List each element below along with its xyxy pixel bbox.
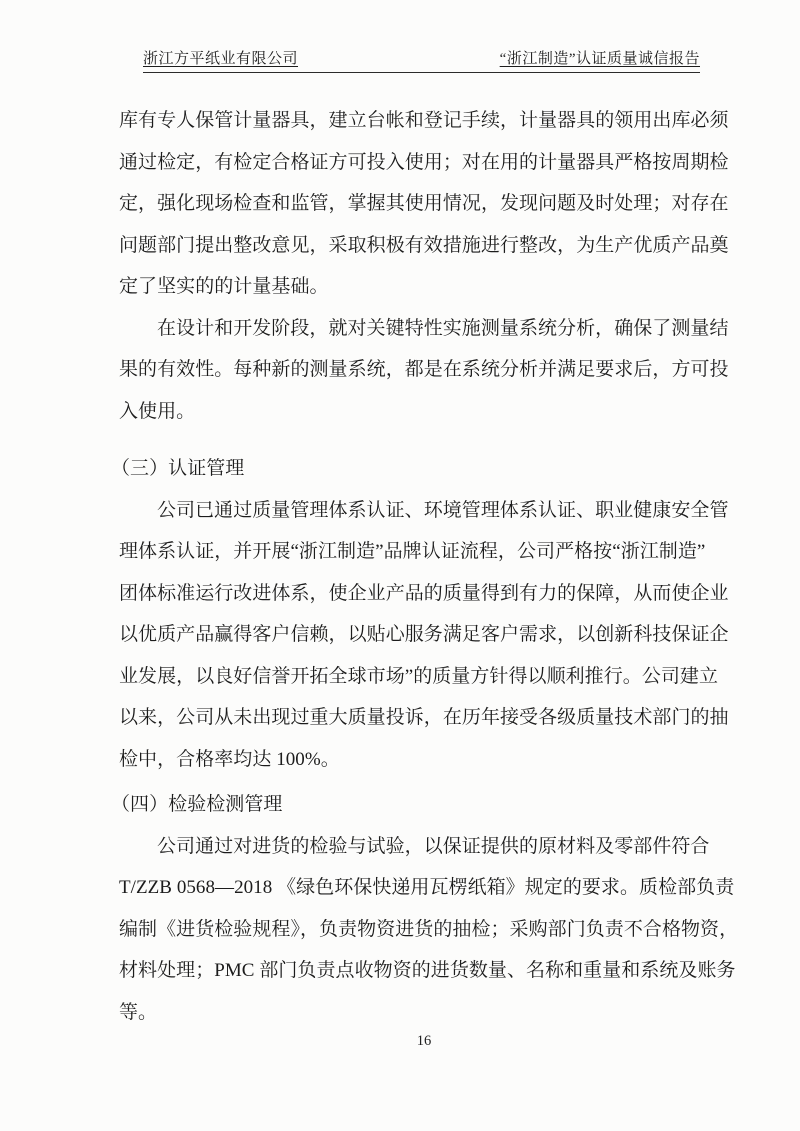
page-header: 浙江方平纸业有限公司 “浙江制造”认证质量诚信报告	[143, 50, 700, 73]
text-line: 通过检定，有检定合格证方可投入使用；对在用的计量器具严格按周期检	[119, 142, 729, 184]
text-line: 检中，合格率均达 100%。	[119, 739, 729, 781]
page-body: 库有专人保管计量器具，建立台帐和登记手续，计量器具的领用出库必须 通过检定，有检…	[119, 100, 729, 1033]
text-line: 公司通过对进货的检验与试验，以保证提供的原材料及零部件符合	[119, 826, 729, 868]
text-line: 公司已通过质量管理体系认证、环境管理体系认证、职业健康安全管	[119, 490, 729, 532]
text-line: 编制《进货检验规程》，负责物资进货的抽检；采购部门负责不合格物资，	[119, 909, 729, 951]
header-report-title: “浙江制造”认证质量诚信报告	[500, 50, 700, 69]
paragraph-certification-management: 公司已通过质量管理体系认证、环境管理体系认证、职业健康安全管 理体系认证，并开展…	[119, 490, 729, 781]
paragraph-inspection-testing: 公司通过对进货的检验与试验，以保证提供的原材料及零部件符合 T/ZZB 0568…	[119, 826, 729, 1034]
text-line: 团体标准运行改进体系，使企业产品的质量得到有力的保障，从而使企业	[119, 573, 729, 615]
text-line: 在设计和开发阶段，就对关键特性实施测量系统分析，确保了测量结	[119, 308, 729, 350]
text-line: 等。	[119, 992, 729, 1034]
section-heading-certification-management: （三）认证管理	[111, 448, 729, 490]
text-line: 以来，公司从未出现过重大质量投诉，在历年接受各级质量技术部门的抽	[119, 697, 729, 739]
text-line: 入使用。	[119, 391, 729, 433]
paragraph-measurement-management: 库有专人保管计量器具，建立台帐和登记手续，计量器具的领用出库必须 通过检定，有检…	[119, 100, 729, 308]
text-line: 果的有效性。每种新的测量系统，都是在系统分析并满足要求后，方可投	[119, 349, 729, 391]
header-company-name: 浙江方平纸业有限公司	[143, 50, 298, 69]
text-line: 定了坚实的的计量基础。	[119, 266, 729, 308]
text-line: 定，强化现场检查和监管，掌握其使用情况，发现问题及时处理；对存在	[119, 183, 729, 225]
text-line: 理体系认证，并开展“浙江制造”品牌认证流程，公司严格按“浙江制造”	[119, 531, 729, 573]
text-line: T/ZZB 0568—2018 《绿色环保快递用瓦楞纸箱》规定的要求。质检部负责	[119, 867, 729, 909]
page-footer: 16	[119, 1031, 729, 1051]
page-number: 16	[417, 1033, 432, 1049]
text-line: 以优质产品赢得客户信赖，以贴心服务满足客户需求，以创新科技保证企	[119, 614, 729, 656]
text-line: 业发展，以良好信誉开拓全球市场”的质量方针得以顺利推行。公司建立	[119, 656, 729, 698]
document-page: 浙江方平纸业有限公司 “浙江制造”认证质量诚信报告 库有专人保管计量器具，建立台…	[0, 0, 800, 1131]
paragraph-design-development: 在设计和开发阶段，就对关键特性实施测量系统分析，确保了测量结 果的有效性。每种新…	[119, 308, 729, 433]
text-line: 库有专人保管计量器具，建立台帐和登记手续，计量器具的领用出库必须	[119, 100, 729, 142]
text-line: 问题部门提出整改意见，采取积极有效措施进行整改，为生产优质产品奠	[119, 225, 729, 267]
section-heading-inspection-testing-management: （四）检验检测管理	[111, 784, 729, 826]
text-line: 材料处理；PMC 部门负责点收物资的进货数量、名称和重量和系统及账务	[119, 950, 729, 992]
